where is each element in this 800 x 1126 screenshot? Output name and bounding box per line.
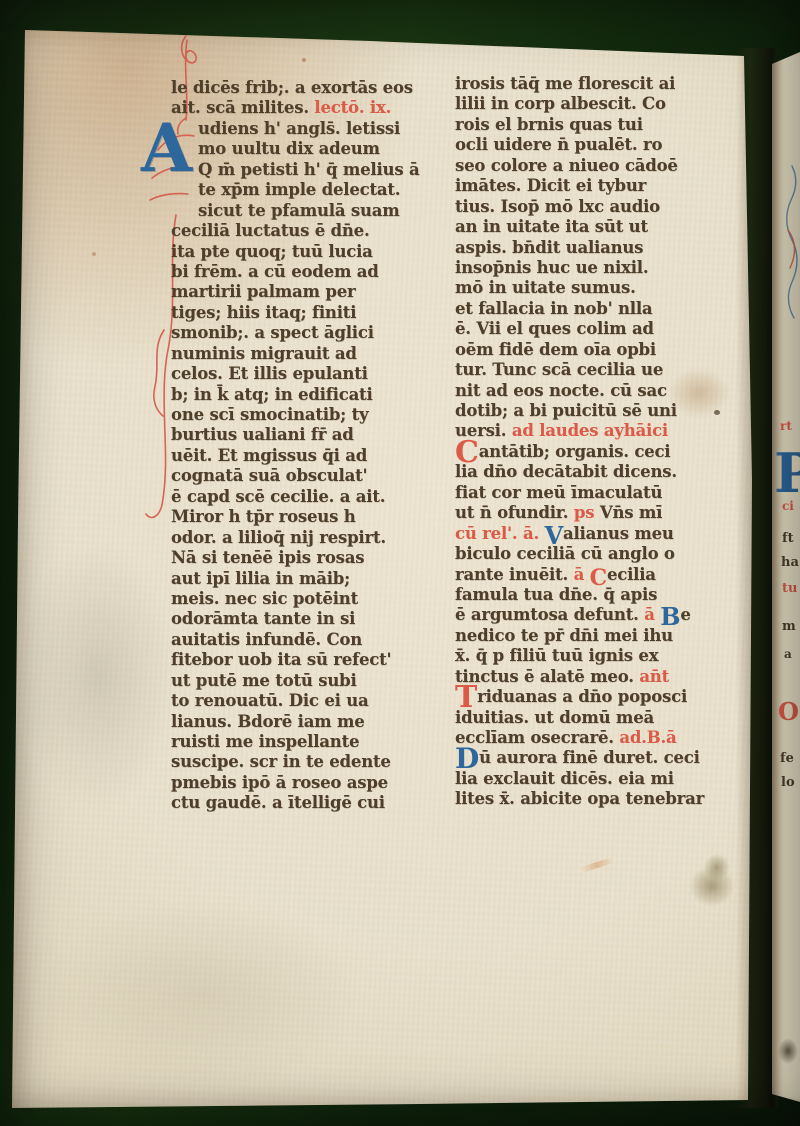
text-segment: bi frēm. a cū eodem ad [171,262,379,281]
text-segment: ocli uidere n̄ pualēt. ro [455,135,662,154]
manuscript-line: rante inuēit. ā Cecilia [455,565,721,585]
text-segment: Vn̄s mī [600,503,662,522]
text-segment: rois el brnis quas tui [455,115,643,134]
photo-stage: A le dicēs frib;. a exortās eosait. scā … [0,0,800,1126]
text-segment: lites x̄. abicite opa tenebrar [455,789,704,808]
manuscript-line: cū rel'. ā. Valianus meu [455,524,721,544]
book-gutter-shadow [736,48,778,1108]
text-segment: fitebor uob ita sū refect' [171,650,391,669]
manuscript-line: aut ipī lilia in māib; [171,569,429,589]
manuscript-line: fiat cor meū īmaculatū [455,483,721,503]
manuscript-line: irosis tāq̄ me florescit ai [455,74,721,94]
edge-glyph: ci [782,500,794,512]
text-segment: alianus meu [563,524,674,543]
text-segment: an in uitate ita sūt ut [455,217,648,236]
manuscript-line: ē. Vii el ques colim ad [455,319,721,339]
manuscript-line: biculo ceciliā cū anglo o [455,544,721,564]
text-segment: famula tua dn̄e. q̄ apis [455,585,657,604]
manuscript-line: fitebor uob ita sū refect' [171,650,429,670]
manuscript-line: ruisti me inspellante [171,732,429,752]
edge-glyph: fe [780,752,794,765]
text-segment: tius. Isop̄ mō lxc audio [455,197,660,216]
text-segment: le dicēs frib;. a exortās eos [171,78,413,97]
text-segment: sicut te pfamulā suam [198,201,400,220]
edge-glyph: a [784,648,792,660]
stain [18,540,178,810]
manuscript-line: et fallacia in nob' nlla [455,299,721,319]
manuscript-line: ceciliā luctatus ē dn̄e. [171,221,429,241]
text-column-right: irosis tāq̄ me florescit aililii in corp… [455,74,721,810]
manuscript-line: meis. nec sic potēint [171,589,429,609]
manuscript-line: Nā si tenēē ipis rosas [171,548,429,568]
text-segment: ita pte quoq; tuū lucia [171,242,373,261]
text-segment: nit ad eos nocte. cū sac [455,381,667,400]
stain [580,857,614,873]
manuscript-line: te xp̄m imple delectat. [171,180,429,200]
manuscript-line: suscipe. scr in te edente [171,752,429,772]
manuscript-line: an in uitate ita sūt ut [455,217,721,237]
text-segment: ē capd scē cecilie. a ait. [171,487,385,506]
text-segment: nedico te pr̄ dn̄i mei ihu [455,626,673,645]
manuscript-line: dotib; a bi puicitū sē uni [455,401,721,421]
text-segment: te xp̄m imple delectat. [198,180,400,199]
manuscript-line: odor. a lilioq̄ nij respirt. [171,528,429,548]
text-segment: lectō. ix. [314,98,391,117]
text-segment: ū aurora finē duret. ceci [479,748,700,767]
manuscript-line: celos. Et illis epulanti [171,364,429,384]
manuscript-line: sicut te pfamulā suam [171,201,429,221]
edge-blot [778,1038,798,1064]
text-segment: fiat cor meū īmaculatū [455,483,662,502]
text-segment: irosis tāq̄ me florescit ai [455,74,675,93]
text-segment: udiens h' angls̄. letissi [198,119,400,138]
manuscript-line: Cantātib; organis. ceci [455,442,721,462]
text-segment: dotib; a bi puicitū sē uni [455,401,677,420]
edge-glyph: ha [781,556,799,569]
edge-glyph: ft [782,532,794,545]
manuscript-page: A le dicēs frib;. a exortās eosait. scā … [0,0,800,1126]
text-segment: cognatā suā obsculat' [171,466,367,485]
manuscript-line: ē capd scē cecilie. a ait. [171,487,429,507]
text-segment: tiges; hiis itaq; finiti [171,303,356,322]
text-segment: suscipe. scr in te edente [171,752,391,771]
manuscript-line: Miror h tp̄r roseus h [171,507,429,527]
text-segment: oēm fidē dem oīa opbi [455,340,656,359]
manuscript-line: one scī smocinatib; ty [171,405,429,425]
text-segment: ceciliā luctatus ē dn̄e. [171,221,370,240]
stain [686,862,738,910]
facing-page-edge: rtPcifthatumaOfelo [772,48,800,1102]
text-segment: ad.B.ā [619,728,676,747]
manuscript-line: tur. Tunc scā cecilia ue [455,360,721,380]
text-segment: seo colore a niueo cādoē [455,156,678,175]
manuscript-line: Q m̄ petisti h' q̄ melius ā [171,160,429,180]
text-segment: ā [574,565,590,584]
manuscript-line: imātes. Dicit ei tybur [455,176,721,196]
manuscript-line: auitatis infundē. Con [171,630,429,650]
manuscript-line: lianus. Bdorē iam me [171,712,429,732]
text-segment: ctu gaudē. a ītelligē cui [171,793,385,812]
text-segment: uēit. Et mgissus q̄i ad [171,446,367,465]
text-segment: ruisti me inspellante [171,732,359,751]
text-segment: odorāmta tante in si [171,609,355,628]
stain [92,252,96,256]
manuscript-line: famula tua dn̄e. q̄ apis [455,585,721,605]
manuscript-line: lia exclauit dicēs. eia mi [455,769,721,789]
text-segment: lilii in corp albescit. Co [455,94,666,113]
text-segment: ē argumtosa defunt. [455,605,644,624]
text-segment: insop̄nis huc ue nixil. [455,258,648,277]
text-segment: ē. Vii el ques colim ad [455,319,654,338]
text-segment: ecilia [607,565,656,584]
text-segment: burtius ualiani fr̄ ad [171,425,354,444]
text-segment: aut ipī lilia in māib; [171,569,350,588]
edge-glyph: lo [781,776,795,789]
text-segment: lia dn̄o decātabit dicens. [455,462,677,481]
text-segment: numinis migrauit ad [171,344,357,363]
text-segment: ad laudes ayhāici [512,421,668,440]
text-segment: ut putē me totū subi [171,671,357,690]
manuscript-line: pmebis ipō ā roseo aspe [171,773,429,793]
text-segment: lianus. Bdorē iam me [171,712,365,731]
text-segment: smonib;. a spect āglici [171,323,374,342]
text-segment: ecclīam osecrarē. [455,728,619,747]
text-column-left: le dicēs frib;. a exortās eosait. scā mi… [171,78,429,814]
manuscript-line: x̄. q̄ p filiū tuū ignis ex [455,646,721,666]
edge-glyph: O [778,700,799,724]
manuscript-line: ocli uidere n̄ pualēt. ro [455,135,721,155]
text-segment: aspis. bn̄dit ualianus [455,238,643,257]
text-segment: Miror h tp̄r roseus h [171,507,356,526]
manuscript-line: oēm fidē dem oīa opbi [455,340,721,360]
text-segment: an̄t [639,667,669,686]
manuscript-line: aspis. bn̄dit ualianus [455,238,721,258]
text-segment: Q m̄ petisti h' q̄ melius ā [198,160,419,179]
manuscript-line: ecclīam osecrarē. ad.B.ā [455,728,721,748]
manuscript-line: ita pte quoq; tuū lucia [171,242,429,262]
manuscript-line: seo colore a niueo cādoē [455,156,721,176]
manuscript-line: to renouatū. Dic ei ua [171,691,429,711]
text-segment: meis. nec sic potēint [171,589,358,608]
edge-fragments: rtPcifthatumaOfelo [772,48,800,1102]
manuscript-line: uēit. Et mgissus q̄i ad [171,446,429,466]
text-segment: ps [574,503,600,522]
text-segment: biculo ceciliā cū anglo o [455,544,675,563]
text-segment: iduitias. ut domū meā [455,708,654,727]
manuscript-line: nit ad eos nocte. cū sac [455,381,721,401]
manuscript-line: ut n̄ ofundir. ps Vn̄s mī [455,503,721,523]
text-segment: antātib; organis. ceci [479,442,671,461]
manuscript-line: mō in uitate sumus. [455,278,721,298]
manuscript-line: mo uultu dix adeum [171,139,429,159]
manuscript-line: b; in k̄ atq; in edificati [171,385,429,405]
text-segment: ā [644,605,660,624]
manuscript-line: Triduanas a dn̄o poposci [455,687,721,707]
manuscript-line: nedico te pr̄ dn̄i mei ihu [455,626,721,646]
text-segment: cū rel'. ā. [455,524,545,543]
manuscript-line: uersi. ad laudes ayhāici [455,421,721,441]
text-segment: rante inuēit. [455,565,574,584]
manuscript-line: iduitias. ut domū meā [455,708,721,728]
text-segment: et fallacia in nob' nlla [455,299,652,318]
manuscript-line: tinctus ē alatē meo. an̄t [455,667,721,687]
text-segment: imātes. Dicit ei tybur [455,176,646,195]
edge-glyph: rt [780,420,792,432]
text-segment: one scī smocinatib; ty [171,405,368,424]
manuscript-line: ait. scā milites. lectō. ix. [171,98,429,118]
manuscript-line: lites x̄. abicite opa tenebrar [455,789,721,809]
text-segment: ait. scā milites. [171,98,314,117]
manuscript-line: lia dn̄o decātabit dicens. [455,462,721,482]
text-segment: b; in k̄ atq; in edificati [171,385,373,404]
edge-glyph: P [774,446,800,500]
manuscript-line: le dicēs frib;. a exortās eos [171,78,429,98]
manuscript-line: ē argumtosa defunt. ā Be [455,605,721,625]
manuscript-line: Dū aurora finē duret. ceci [455,748,721,768]
manuscript-line: martirii palmam per [171,282,429,302]
manuscript-line: udiens h' angls̄. letissi [171,119,429,139]
text-segment: x̄. q̄ p filiū tuū ignis ex [455,646,658,665]
text-segment: Nā si tenēē ipis rosas [171,548,364,567]
text-segment: tur. Tunc scā cecilia ue [455,360,663,379]
manuscript-line: ut putē me totū subi [171,671,429,691]
text-segment: martirii palmam per [171,282,355,301]
edge-glyph: tu [782,582,797,595]
manuscript-line: ctu gaudē. a ītelligē cui [171,793,429,813]
text-segment: to renouatū. Dic ei ua [171,691,369,710]
edge-glyph: m [782,620,796,633]
text-segment: auitatis infundē. Con [171,630,362,649]
text-segment: mo uultu dix adeum [198,139,380,158]
manuscript-line: lilii in corp albescit. Co [455,94,721,114]
manuscript-line: burtius ualiani fr̄ ad [171,425,429,445]
manuscript-line: tiges; hiis itaq; finiti [171,303,429,323]
manuscript-line: numinis migrauit ad [171,344,429,364]
manuscript-line: smonib;. a spect āglici [171,323,429,343]
manuscript-line: bi frēm. a cū eodem ad [171,262,429,282]
text-segment: riduanas a dn̄o poposci [477,687,687,706]
text-segment: ut n̄ ofundir. [455,503,574,522]
text-segment: pmebis ipō ā roseo aspe [171,773,388,792]
stain [302,58,306,62]
text-segment: celos. Et illis epulanti [171,364,368,383]
manuscript-line: cognatā suā obsculat' [171,466,429,486]
text-segment: tinctus ē alatē meo. [455,667,639,686]
manuscript-line: rois el brnis quas tui [455,115,721,135]
text-segment: e [680,605,690,624]
manuscript-line: tius. Isop̄ mō lxc audio [455,197,721,217]
manuscript-line: insop̄nis huc ue nixil. [455,258,721,278]
manuscript-line: odorāmta tante in si [171,609,429,629]
stain [40,900,360,1090]
text-segment: lia exclauit dicēs. eia mi [455,769,674,788]
text-segment: odor. a lilioq̄ nij respirt. [171,528,386,547]
text-segment: mō in uitate sumus. [455,278,636,297]
